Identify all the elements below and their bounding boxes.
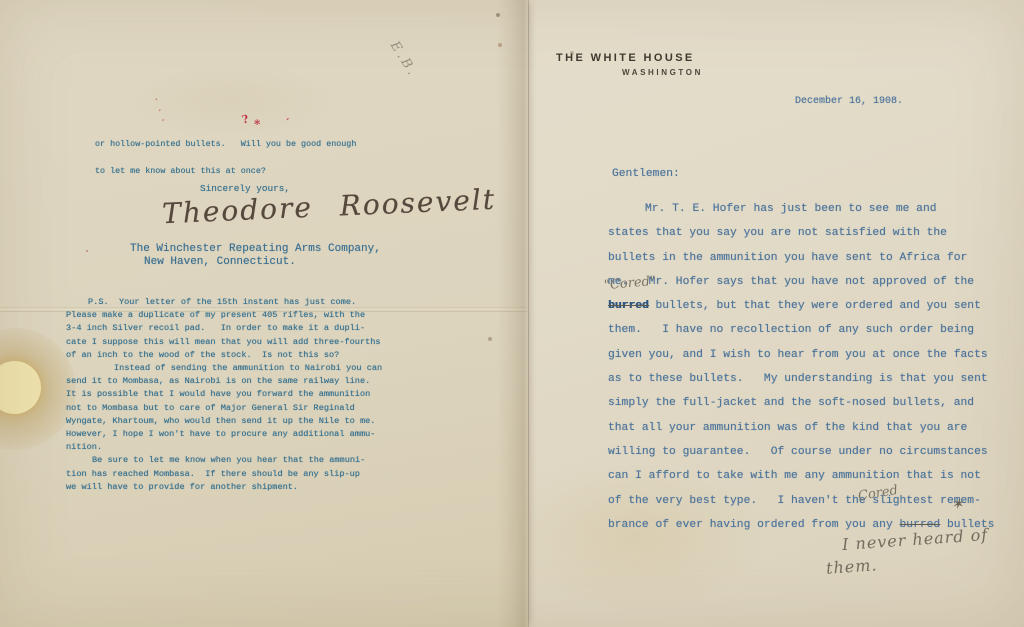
paper-specks: [0, 0, 2, 2]
typed-text: Wyngate, Khartoum, who would then send i…: [66, 416, 375, 426]
typed-text: cate I suppose this will mean that you w…: [66, 337, 381, 347]
page-fold-edge: [497, 0, 529, 627]
letterhead-washington: WASHINGTON: [622, 68, 703, 77]
typed-text: It is possible that I would have you for…: [66, 389, 370, 399]
recipient-address: The Winchester Repeating Arms Company,Ne…: [130, 243, 381, 269]
typed-line: to let me know about this at once?: [95, 158, 356, 185]
typed-text: willing to guarantee. Of course under no…: [608, 446, 988, 458]
handwritten-asterisk: ✶: [951, 495, 964, 513]
typed-text: Mr. T. E. Hofer has just been to see me …: [645, 203, 937, 215]
typed-text: them. I have no recollection of any such…: [608, 324, 974, 336]
typed-line: cate I suppose this will mean that you w…: [66, 336, 382, 349]
typed-line: tion has reached Mombasa. If there shoul…: [66, 468, 382, 481]
typed-text: that all your ammunition was of the kind…: [608, 422, 967, 434]
red-editor-mark: ⁎: [254, 114, 260, 128]
typed-line: bullets in the ammunition you have sent …: [608, 246, 994, 270]
typed-text: bullets in the ammunition you have sent …: [608, 252, 967, 264]
typed-text: However, I hope I won't have to procure …: [66, 429, 375, 439]
date-line: December 16, 1908.: [795, 96, 903, 107]
typed-text: not to Mombasa but to care of Major Gene…: [66, 403, 355, 413]
typed-line: It is possible that I would have you for…: [66, 388, 382, 401]
typed-line: 3-4 inch Silver recoil pad. In order to …: [66, 322, 382, 335]
typed-line: New Haven, Connecticut.: [130, 256, 381, 269]
typed-line: that all your ammunition was of the kind…: [608, 416, 994, 440]
typed-text: of the very best type. I haven't the sli…: [608, 495, 981, 507]
letterhead-white-house: THE WHITE HOUSE: [556, 52, 695, 64]
typed-line: not to Mombasa but to care of Major Gene…: [66, 402, 382, 415]
typed-text: can I afford to take with me any ammunit…: [608, 470, 981, 482]
paper-smudge: [120, 60, 340, 140]
typed-text: 3-4 inch Silver recoil pad. In order to …: [66, 323, 365, 333]
typed-text: we will have to provide for another ship…: [66, 482, 298, 492]
typed-line: given you, and I wish to hear from you a…: [608, 343, 994, 367]
typed-text: bullets, but that they were ordered and …: [649, 300, 981, 312]
typed-text: Be sure to let me know when you hear tha…: [92, 455, 365, 465]
typed-text: P.S. Your letter of the 15th instant has…: [88, 297, 356, 307]
typed-line: P.S. Your letter of the 15th instant has…: [66, 296, 382, 309]
typed-line: simply the full-jacket and the soft-nose…: [608, 391, 994, 415]
typed-line: Mr. T. E. Hofer has just been to see me …: [608, 197, 994, 221]
typed-line: send it to Mombasa, as Nairobi is on the…: [66, 375, 382, 388]
postscript-paragraphs: P.S. Your letter of the 15th instant has…: [66, 296, 382, 494]
typed-line: me. Mr. Hofer says that you have not app…: [608, 270, 994, 294]
struck-word: burred: [608, 300, 649, 312]
typed-text: as to these bullets. My understanding is…: [608, 373, 988, 385]
typed-line: Please make a duplicate of my present 40…: [66, 309, 382, 322]
typed-text: The Winchester Repeating Arms Company,: [130, 243, 381, 255]
typed-line: we will have to provide for another ship…: [66, 481, 382, 494]
typed-line: Instead of sending the ammunition to Nai…: [66, 362, 382, 375]
typed-line: The Winchester Repeating Arms Company,: [130, 243, 381, 256]
typed-text: or hollow-pointed bullets. Will you be g…: [95, 139, 356, 149]
letter-photograph: or hollow-pointed bullets. Will you be g…: [0, 0, 1024, 627]
typed-line: nition.: [66, 441, 382, 454]
typed-text: Instead of sending the ammunition to Nai…: [114, 363, 382, 373]
typed-text: send it to Mombasa, as Nairobi is on the…: [66, 376, 370, 386]
typed-text: simply the full-jacket and the soft-nose…: [608, 397, 974, 409]
typed-text: Please make a duplicate of my present 40…: [66, 310, 365, 320]
typed-line: them. I have no recollection of any such…: [608, 318, 994, 342]
typed-text: tion has reached Mombasa. If there shoul…: [66, 469, 360, 479]
typed-text: states that you say you are not satisfie…: [608, 227, 947, 239]
salutation: Gentlemen:: [612, 168, 680, 180]
typed-text: me. Mr. Hofer says that you have not app…: [608, 276, 974, 288]
letter-body: Mr. T. E. Hofer has just been to see me …: [608, 197, 994, 537]
typed-line: Be sure to let me know when you hear tha…: [66, 454, 382, 467]
typed-line: willing to guarantee. Of course under no…: [608, 440, 994, 464]
typed-line: of an inch to the wood of the stock. Is …: [66, 349, 382, 362]
typed-line: burred bullets, but that they were order…: [608, 294, 994, 318]
closing-paragraph: or hollow-pointed bullets. Will you be g…: [95, 131, 356, 184]
typed-text: to let me know about this at once?: [95, 166, 266, 176]
typed-line: as to these bullets. My understanding is…: [608, 367, 994, 391]
typed-line: states that you say you are not satisfie…: [608, 221, 994, 245]
typed-text: nition.: [66, 442, 102, 452]
typed-line: However, I hope I won't have to procure …: [66, 428, 382, 441]
typed-line: can I afford to take with me any ammunit…: [608, 464, 994, 488]
handwritten-note: them.: [825, 555, 878, 578]
typed-line: of the very best type. I haven't the sli…: [608, 489, 994, 513]
typed-text: New Haven, Connecticut.: [144, 256, 296, 268]
typed-line: Wyngate, Khartoum, who would then send i…: [66, 415, 382, 428]
typed-text: brance of ever having ordered from you a…: [608, 519, 900, 531]
typed-text: given you, and I wish to hear from you a…: [608, 349, 988, 361]
typed-line: or hollow-pointed bullets. Will you be g…: [95, 131, 356, 158]
typed-text: of an inch to the wood of the stock. Is …: [66, 350, 339, 360]
